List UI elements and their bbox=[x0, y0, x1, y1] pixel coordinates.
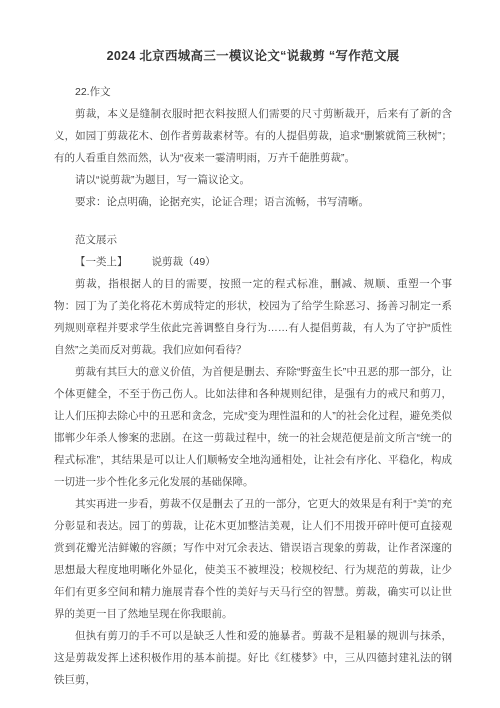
prompt-requirements-line: 要求：论点明确，论据充实，论证合理；语言流畅，书写清晰。 bbox=[54, 191, 452, 213]
document-page: 2024 北京西城高三一模议论文“说裁剪 “写作范文展 22.作文 剪裁，本义是… bbox=[0, 0, 500, 708]
essay-title: 说剪裁（49） bbox=[152, 256, 216, 268]
question-number-label: 22.作文 bbox=[54, 81, 452, 103]
sample-essays-header: 范文展示 bbox=[54, 229, 452, 251]
prompt-task-line: 请以“说剪裁”为题目，写一篇议论文。 bbox=[54, 169, 452, 191]
document-body: 22.作文 剪裁，本义是缝制衣服时把衣料按照人们需要的尺寸剪断裁开，后来有了新的… bbox=[54, 81, 452, 691]
grade-label: 【一类上】 bbox=[75, 256, 128, 268]
essay-paragraph: 剪裁，指根据人的目的需要，按照一定的程式标准，删减、规顺、重塑一个事物：园丁为了… bbox=[54, 273, 452, 361]
essay-heading: 【一类上】说剪裁（49） bbox=[54, 251, 452, 273]
essay-paragraph: 剪裁有其巨大的意义价值，为首便是删去、弃除“野蛮生长”中丑恶的那一部分，让个体更… bbox=[54, 361, 452, 493]
prompt-paragraph: 剪裁，本义是缝制衣服时把衣料按照人们需要的尺寸剪断裁开，后来有了新的含义，如园丁… bbox=[54, 103, 452, 169]
essay-paragraph: 其实再进一步看，剪裁不仅是删去了丑的一部分，它更大的效果是有利于“美”的充分彰显… bbox=[54, 493, 452, 625]
essay-paragraph: 但执有剪刀的手不可以是缺乏人性和爱的施暴者。剪裁不是粗暴的规训与抹杀，这是剪裁发… bbox=[54, 625, 452, 691]
document-title: 2024 北京西城高三一模议论文“说裁剪 “写作范文展 bbox=[54, 46, 452, 66]
